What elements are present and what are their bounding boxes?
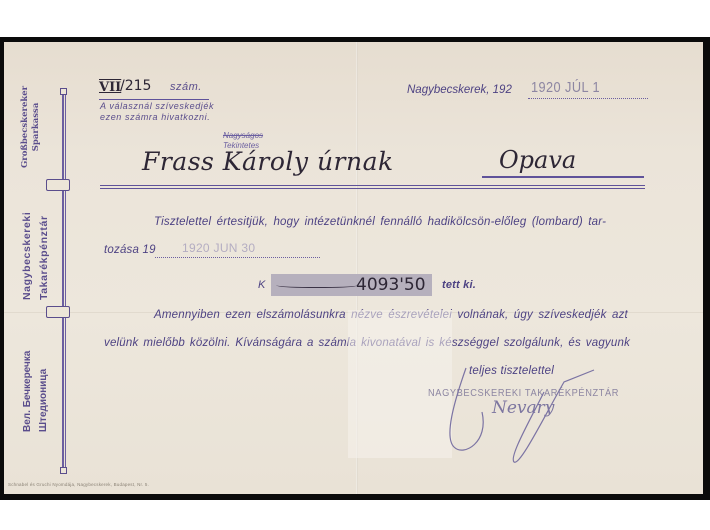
body-line-2-prefix: tozása 19 bbox=[104, 244, 156, 256]
date-stamp: 1920 JÚL 1 bbox=[531, 79, 600, 96]
address-rule-1 bbox=[100, 185, 645, 186]
serbian-line-2: Штедионица bbox=[36, 351, 52, 432]
rule-cap-top bbox=[60, 88, 67, 95]
amount-currency-label: K bbox=[258, 279, 266, 291]
ref-label: szám. bbox=[170, 81, 202, 93]
sidebar-serbian-name: Вел. Бечкеречка Штедионица bbox=[20, 351, 52, 432]
title-struck-nagysagos: Nagyságos bbox=[223, 131, 263, 140]
amount-value: 4093'50 bbox=[356, 275, 426, 295]
addressee-name: Frass Károly úrnak bbox=[142, 147, 394, 176]
ref-note-line-2: ezen számra hivatkozni. bbox=[100, 112, 214, 123]
document-paper: Großbecskereker Sparkassa Nagybecskereki… bbox=[4, 42, 703, 494]
date2-dotted-line bbox=[155, 257, 320, 258]
hungarian-line-2: Takarékpénztár bbox=[36, 212, 53, 300]
ref-note-line-1: A válasznál szíveskedjék bbox=[100, 101, 214, 112]
city-underline bbox=[482, 176, 644, 178]
date-dotted-line bbox=[528, 98, 648, 99]
ref-roman-numeral: VII bbox=[99, 80, 121, 95]
sidebar-hungarian-name: Nagybecskereki Takarékpénztár bbox=[19, 212, 53, 300]
address-rule-2 bbox=[100, 188, 645, 189]
sidebar-rule bbox=[62, 92, 64, 472]
printer-imprint: Schnabel és Gruchi Nyomdája, Nagybecsker… bbox=[8, 482, 149, 487]
signature-flourish-icon bbox=[434, 362, 614, 467]
amount-fill-wave bbox=[276, 281, 358, 288]
amount-suffix: tett ki. bbox=[442, 279, 476, 291]
rule-cap-bottom bbox=[60, 467, 67, 474]
ref-number-handwritten: /215 bbox=[120, 78, 151, 94]
ref-note: A válasznál szíveskedjék ezen számra hiv… bbox=[100, 101, 214, 123]
serbian-line-1: Вел. Бечкеречка bbox=[20, 351, 36, 432]
sidebar-rule-thin bbox=[65, 92, 66, 472]
german-line-2: Sparkassa bbox=[31, 86, 42, 168]
german-line-1: Großbecskereker bbox=[20, 86, 31, 168]
ornament-bracket-1 bbox=[46, 179, 70, 191]
date2-stamp: 1920 JUN 30 bbox=[182, 241, 255, 255]
body-line-1: Tisztelettel értesitjük, hogy intézetünk… bbox=[154, 216, 606, 228]
ref-underline bbox=[99, 99, 209, 100]
sidebar-german-name: Großbecskereker Sparkassa bbox=[20, 86, 42, 168]
hungarian-line-1: Nagybecskereki bbox=[19, 212, 36, 300]
addressee-city: Opava bbox=[499, 146, 576, 174]
place-label: Nagybecskerek, 192 bbox=[407, 84, 512, 96]
ornament-bracket-2 bbox=[46, 306, 70, 318]
